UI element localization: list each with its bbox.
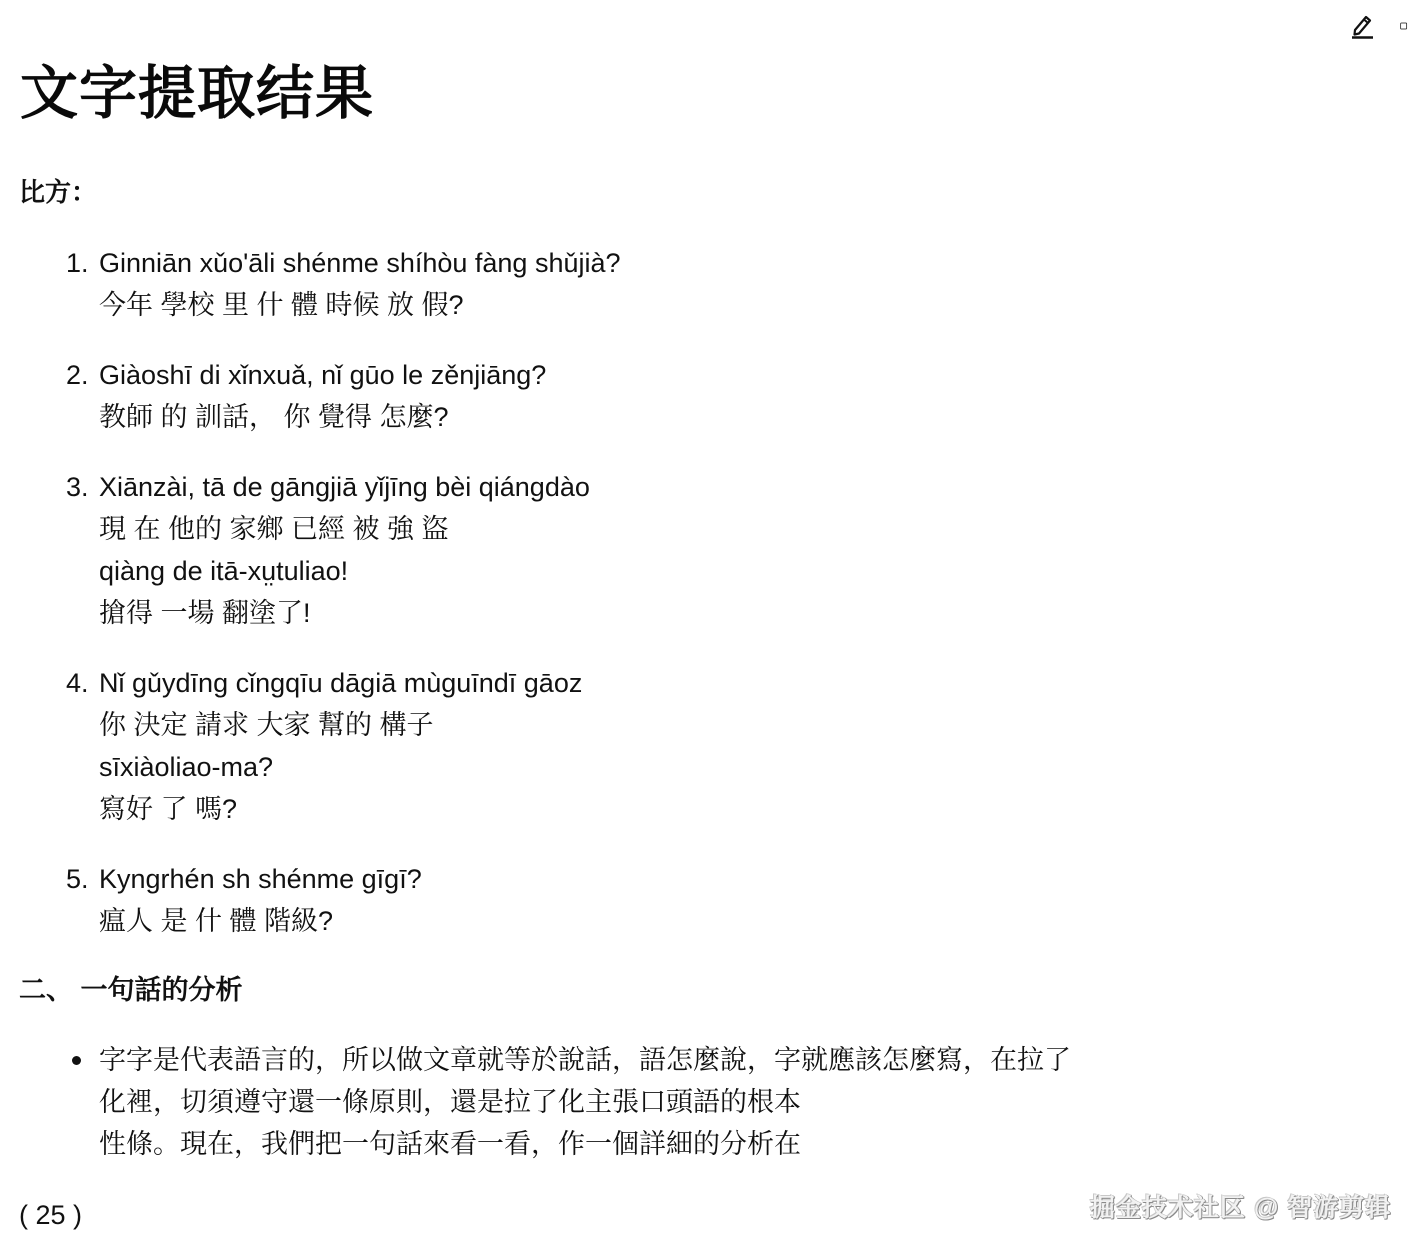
list-item: 3. Xiānzài, tā de gāngjiā yǐjīng bèi qiá… [0,466,621,634]
intro-label: 比方： [19,174,97,210]
list-item: 4. Nǐ gǔydīng cǐngqīu dāgiā mùguīndī gāo… [0,662,621,830]
hanzi-line: 今年 學校 里 什 體 時候 放 假? [99,284,621,326]
paragraph-line: 性條。現在，我們把一句話來看一看，作一個詳細的分析在 [99,1123,1071,1165]
item-number: 4. [66,662,89,704]
pinyin-line: Kyngrhén sh shénme gīgī? [99,858,621,900]
item-number: 3. [66,466,89,508]
hanzi-line: 搶得 一場 翻塗了! [99,592,621,634]
section-heading: 二、 一句話的分析 [19,970,243,1010]
bullet-item: 字字是代表語言的，所以做文章就等於說話，語怎麼說，字就應該怎麼寫，在拉了 化裡，… [0,1039,1071,1165]
page-number: ( 25 ) [19,1195,82,1235]
page-title: 文字提取结果 [20,58,374,130]
pinyin-line: Ginniān xǔo'āli shénme shíhòu fàng shǔji… [99,242,621,284]
toolbar [1348,10,1408,40]
hanzi-line: 瘟人 是 什 體 階級? [99,900,621,942]
pencil-edit-icon [1349,11,1375,39]
item-number: 5. [66,858,89,900]
pinyin-line: sīxiàoliao-ma? [99,746,621,788]
hanzi-line: 寫好 了 嗎? [99,788,621,830]
hanzi-line: 你 決定 請求 大家 幫的 構子 [99,704,621,746]
pinyin-line: Xiānzài, tā de gāngjiā yǐjīng bèi qiángd… [99,466,621,508]
example-list: 1. Ginniān xǔo'āli shénme shíhòu fàng sh… [0,242,621,970]
item-number: 2. [66,354,89,396]
bullet-dot-icon [72,1056,81,1065]
paragraph-line: 化裡，切須遵守還一條原則，還是拉了化主張口頭語的根本 [99,1081,1071,1123]
pinyin-line: qiàng de itā-xṳtuliao! [99,550,621,592]
copy-icon [1400,11,1408,39]
copy-button[interactable] [1400,10,1408,40]
item-number: 1. [66,242,89,284]
pinyin-line: Giàoshī di xǐnxuǎ, nǐ gūo le zěnjiāng? [99,354,621,396]
hanzi-line: 教師 的 訓話， 你 覺得 怎麼? [99,396,621,438]
bullet-list: 字字是代表語言的，所以做文章就等於說話，語怎麼說，字就應該怎麼寫，在拉了 化裡，… [0,1039,1071,1165]
list-item: 5. Kyngrhén sh shénme gīgī? 瘟人 是 什 體 階級? [0,858,621,942]
paragraph-line: 字字是代表語言的，所以做文章就等於說話，語怎麼說，字就應該怎麼寫，在拉了 [99,1039,1071,1081]
list-item: 1. Ginniān xǔo'āli shénme shíhòu fàng sh… [0,242,621,326]
watermark: 掘金技术社区 @ 智游剪辑 [1090,1190,1391,1226]
pinyin-line: Nǐ gǔydīng cǐngqīu dāgiā mùguīndī gāoz [99,662,621,704]
list-item: 2. Giàoshī di xǐnxuǎ, nǐ gūo le zěnjiāng… [0,354,621,438]
hanzi-line: 現 在 他的 家鄉 已經 被 強 盜 [99,508,621,550]
edit-button[interactable] [1348,10,1376,40]
